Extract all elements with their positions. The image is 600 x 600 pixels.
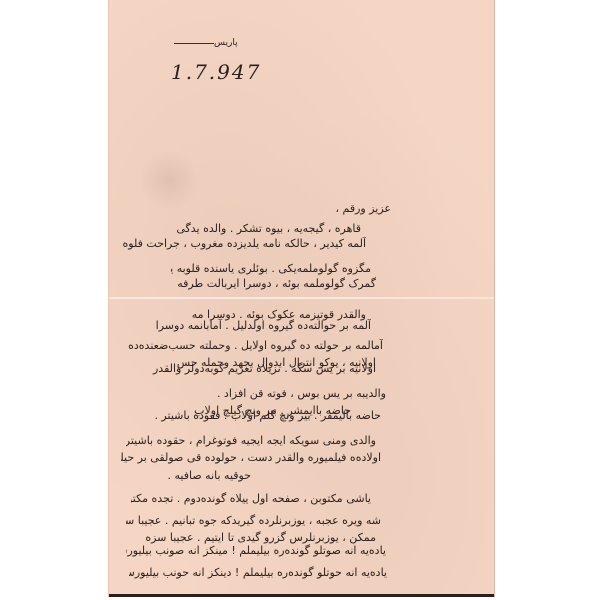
handwritten-line: اولانیه بر یس سگه . نزیلاه تعزیم کوبه‌دو… xyxy=(126,362,376,375)
header-underline xyxy=(174,43,214,44)
handwritten-line: آمالمه بر حولته ده گیروه اولایل . وحملته… xyxy=(121,339,383,352)
handwritten-line: یاشی مکتوبن ، صفحه اول ییلاه گونده‌دوم .… xyxy=(131,492,371,505)
handwritten-line: والدی ومنی سویکه ایجه ایجیه فوتوغرام ، ح… xyxy=(126,434,376,447)
letter-date: 1.7.947 xyxy=(171,60,261,84)
header-note: پاریس xyxy=(214,38,238,48)
handwritten-line: عزیز ورقم ، xyxy=(321,202,391,215)
handwritten-line: گمرک گولوملمه بوئه ، دوسرا ایربالت طرفه xyxy=(141,277,376,290)
handwritten-line: مگزوه گولوملمه‌یکی . بوئلری یاسنده قلوبه… xyxy=(171,262,371,275)
handwritten-line: ممکن ، یوزبرنلرس گزرو گیدی تا ایتیم . عج… xyxy=(126,531,376,544)
handwritten-line: یاده‌یه انه صوتلو گونده‌ره بیلیملم ! مین… xyxy=(126,544,386,557)
handwritten-line: اولاده‌ه فیلمیوره والقدر دست ، حولوده قی… xyxy=(121,451,381,464)
handwritten-line: والدیبه بر یس بوس ، فوته قن افزاد . xyxy=(141,387,386,400)
letter-paper: پاریس 1.7.947 عزیز ورقم ،قاهره ، گیجه‌یه… xyxy=(108,0,495,597)
handwritten-line: آلمه بر حوالته‌ده گیروه اولدلیل . آمابان… xyxy=(156,319,371,332)
handwritten-line: قاهره ، گیجه‌یه ، بیوه تشکر . والده یدگی xyxy=(161,222,361,235)
handwritten-line: آلمه کیدیر ، حالکه نامه یلدیزده مغروب ، … xyxy=(116,237,366,250)
fold-crease xyxy=(109,297,494,299)
handwritten-line: یاده‌یه انه حوتلو گونده‌ره بیلیملم ! دین… xyxy=(129,566,387,579)
handwritten-line: حوقیه بانه صافیه . xyxy=(151,469,251,482)
handwritten-line: حاضه بالیمقر . بیر وتچ گلم اولاب . فقوده… xyxy=(151,409,381,422)
handwritten-line: شه ویره عجبه ، یوزبرنلرده گیریدکه جوه تب… xyxy=(126,514,381,527)
